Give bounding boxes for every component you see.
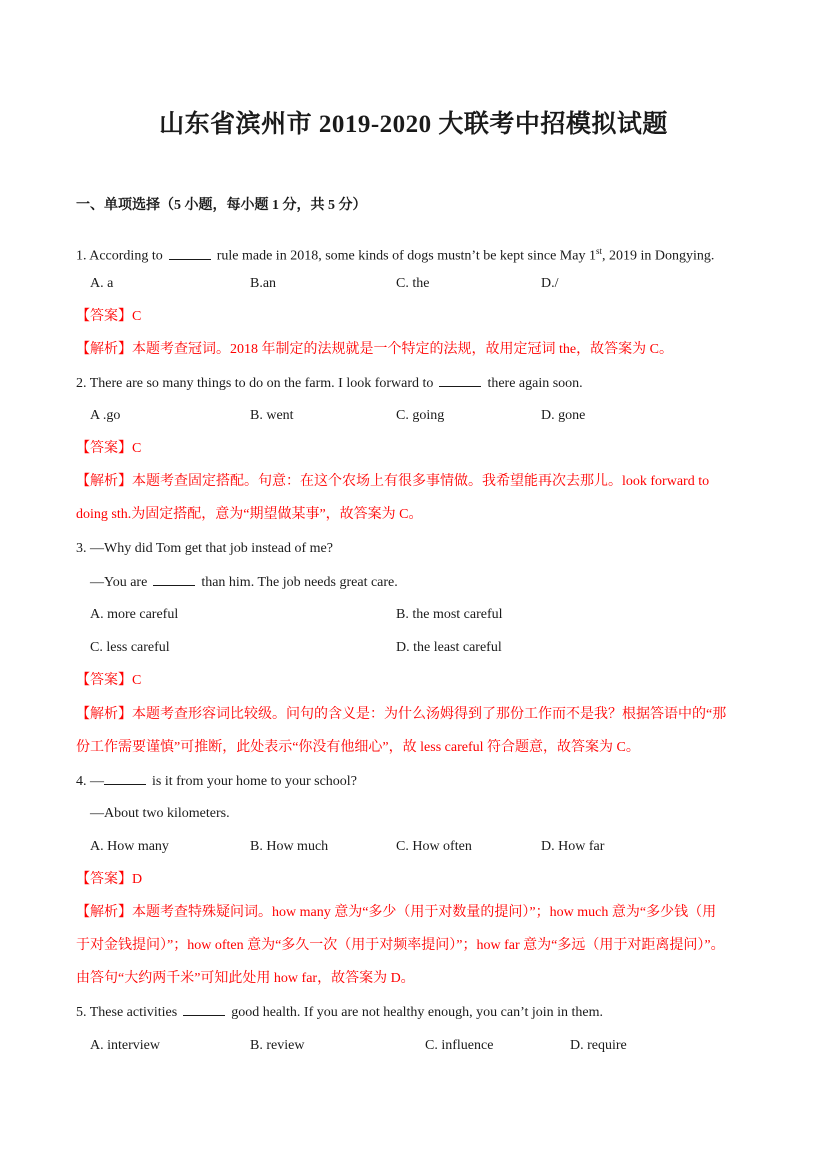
analysis-3-line1: 【解析】本题考查形容词比较级。问句的含义是：为什么汤姆得到了那份工作而不是我？根… bbox=[76, 706, 726, 724]
option-d: D. gone bbox=[541, 407, 585, 425]
option-a: A. more careful bbox=[90, 606, 178, 624]
answer-blank bbox=[153, 573, 195, 586]
analysis-2-line2: doing sth.为固定搭配，意为“期望做某事”，故答案为 C。 bbox=[76, 506, 423, 524]
question-number: 2. bbox=[76, 376, 87, 391]
option-d: D./ bbox=[541, 275, 559, 293]
option-c: C. less careful bbox=[90, 639, 170, 657]
stem-text: is it from your home to your school? bbox=[152, 774, 357, 789]
stem-text: good health. If you are not healthy enou… bbox=[231, 1005, 603, 1020]
option-b: B.an bbox=[250, 275, 276, 293]
question-3-response: —You arethan him. The job needs great ca… bbox=[90, 573, 398, 592]
option-d: D. the least careful bbox=[396, 639, 502, 657]
analysis-4-line3: 由答句“大约两千米”可知此处用 how far，故答案为 D。 bbox=[76, 970, 415, 988]
question-number: 3. bbox=[76, 541, 87, 556]
option-d: D. require bbox=[570, 1037, 627, 1055]
option-b: B. How much bbox=[250, 838, 328, 856]
analysis-1: 【解析】本题考查冠词。2018 年制定的法规就是一个特定的法规，故用定冠词 th… bbox=[76, 341, 673, 359]
answer-3: 【答案】C bbox=[76, 672, 141, 690]
answer-blank bbox=[104, 772, 146, 785]
question-number: 5. bbox=[76, 1005, 87, 1020]
question-number: 4. bbox=[76, 774, 87, 789]
answer-blank bbox=[169, 247, 211, 260]
stem-text: There are so many things to do on the fa… bbox=[90, 376, 434, 391]
analysis-2-line1: 【解析】本题考查固定搭配。句意：在这个农场上有很多事情做。我希望能再次去那儿。l… bbox=[76, 473, 709, 491]
answer-blank bbox=[439, 374, 481, 387]
stem-text: there again soon. bbox=[487, 376, 582, 391]
option-b: B. went bbox=[250, 407, 294, 425]
stem-text: — bbox=[90, 774, 104, 789]
stem-text: —Why did Tom get that job instead of me? bbox=[90, 541, 333, 556]
question-3-stem: 3. —Why did Tom get that job instead of … bbox=[76, 540, 333, 558]
answer-blank bbox=[183, 1003, 225, 1016]
answer-4: 【答案】D bbox=[76, 871, 142, 889]
question-4-response: —About two kilometers. bbox=[90, 805, 230, 823]
option-a: A. a bbox=[90, 275, 113, 293]
answer-2: 【答案】C bbox=[76, 440, 141, 458]
question-4-stem: 4. —is it from your home to your school? bbox=[76, 772, 357, 791]
question-1-stem: 1. According torule made in 2018, some k… bbox=[76, 242, 714, 266]
option-d: D. How far bbox=[541, 838, 604, 856]
option-a: A. How many bbox=[90, 838, 169, 856]
option-b: B. the most careful bbox=[396, 606, 503, 624]
question-number: 1. bbox=[76, 249, 87, 264]
analysis-4-line1: 【解析】本题考查特殊疑问词。how many 意为“多少（用于对数量的提问）”；… bbox=[76, 904, 716, 922]
stem-text: rule made in 2018, some kinds of dogs mu… bbox=[217, 249, 596, 264]
option-c: C. influence bbox=[425, 1037, 493, 1055]
stem-text: These activities bbox=[90, 1005, 177, 1020]
section-heading: 一、单项选择（5 小题，每小题 1 分，共 5 分） bbox=[76, 194, 367, 214]
answer-1: 【答案】C bbox=[76, 308, 141, 326]
page-title: 山东省滨州市 2019-2020 大联考中招模拟试题 bbox=[0, 104, 827, 140]
stem-text: —You are bbox=[90, 575, 147, 590]
option-a: A. interview bbox=[90, 1037, 160, 1055]
option-c: C. the bbox=[396, 275, 429, 293]
analysis-4-line2: 于对金钱提问）”；how often 意为“多久一次（用于对频率提问）”；how… bbox=[76, 937, 725, 955]
stem-text: than him. The job needs great care. bbox=[201, 575, 397, 590]
stem-text: , 2019 in Dongying. bbox=[602, 249, 714, 264]
question-2-stem: 2. There are so many things to do on the… bbox=[76, 374, 583, 393]
option-c: C. How often bbox=[396, 838, 472, 856]
question-5-stem: 5. These activitiesgood health. If you a… bbox=[76, 1003, 603, 1022]
stem-text: According to bbox=[89, 249, 162, 264]
analysis-3-line2: 份工作需要谨慎”可推断，此处表示“你没有他细心”，故 less careful … bbox=[76, 739, 640, 757]
option-a: A .go bbox=[90, 407, 120, 425]
option-c: C. going bbox=[396, 407, 444, 425]
option-b: B. review bbox=[250, 1037, 304, 1055]
